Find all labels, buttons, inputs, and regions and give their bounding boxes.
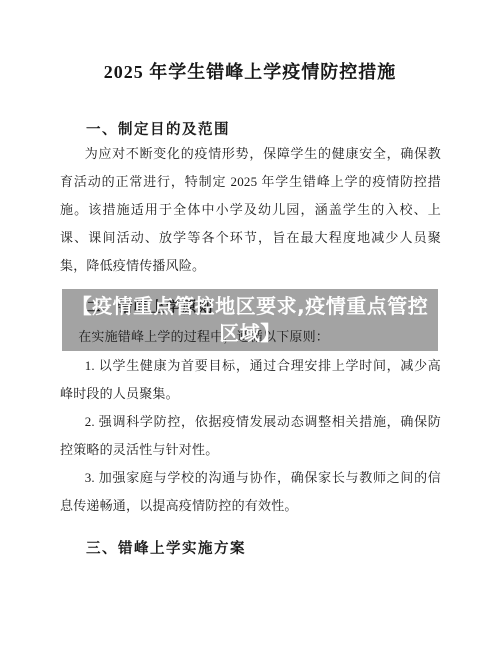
principle-item: 2. 强调科学防控，依据疫情发展动态调整相关措施，确保防控策略的灵活性与针对性。	[60, 408, 441, 464]
watermark-overlay: 【疫情重点管控地区要求,疫情重点管控区域】	[62, 289, 438, 351]
watermark-overlay-text: 【疫情重点管控地区要求,疫情重点管控区域】	[68, 293, 432, 347]
principle-item: 1. 以学生健康为首要目标，通过合理安排上学时间，减少高峰时段的人员聚集。	[60, 352, 441, 408]
principle-item: 3. 加强家庭与学校的沟通与协作，确保家长与教师之间的信息传递畅通，以提高疫情防…	[60, 464, 441, 520]
principles-list: 1. 以学生健康为首要目标，通过合理安排上学时间，减少高峰时段的人员聚集。 2.…	[60, 352, 441, 520]
section-1-paragraph: 为应对不断变化的疫情形势，保障学生的健康安全，确保教育活动的正常进行，特制定 2…	[60, 140, 441, 280]
section-heading-3: 三、错峰上学实施方案	[86, 537, 246, 558]
section-heading-1: 一、制定目的及范围	[86, 118, 230, 139]
document-title: 2025 年学生错峰上学疫情防控措施	[0, 58, 500, 84]
document-page: 2025 年学生错峰上学疫情防控措施 一、制定目的及范围 为应对不断变化的疫情形…	[0, 0, 500, 647]
